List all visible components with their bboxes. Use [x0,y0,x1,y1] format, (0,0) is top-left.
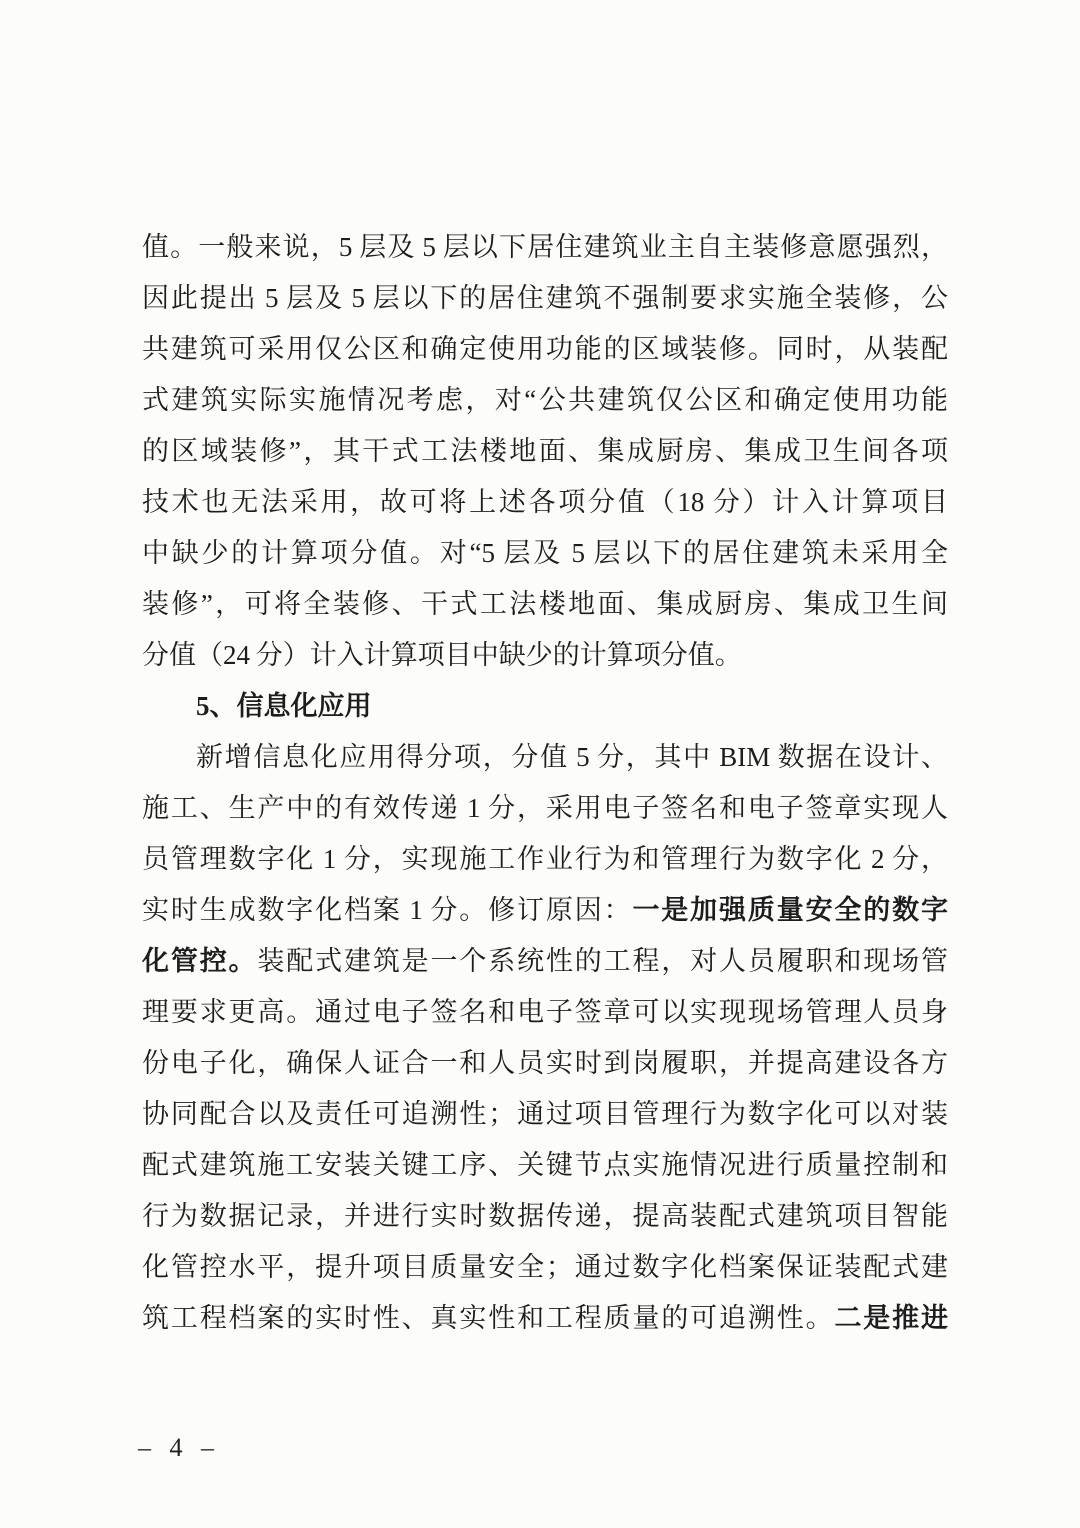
text-line: 因此提出 5 层及 5 层以下的居住建筑不强制要求实施全装修，公 [142,273,948,324]
text-line: 施工、生产中的有效传递 1 分，采用电子签名和电子签章实现人 [142,783,948,834]
text-line: 装修”，可将全装修、干式工法楼地面、集成厨房、集成卫生间 [142,579,948,630]
emphasized-text-run: 5、信息化应用 [196,691,372,721]
text-run: 分值（24 分）计入计算项目中缺少的计算项分值。 [142,640,742,670]
text-run: 中缺少的计算项分值。对“5 层及 5 层以下的居住建筑未采用全 [142,538,948,568]
text-run: 技术也无法采用，故可将上述各项分值（18 分）计入计算项目 [142,487,948,517]
text-run: 实时生成数字化档案 1 分。修订原因： [142,895,632,925]
text-run: 筑工程档案的实时性、真实性和工程质量的可追溯性。 [142,1303,834,1333]
text-line: 配式建筑施工安装关键工序、关键节点实施情况进行质量控制和 [142,1140,948,1191]
text-line: 员管理数字化 1 分，实现施工作业行为和管理行为数字化 2 分， [142,834,948,885]
text-run: 理要求更高。通过电子签名和电子签章可以实现现场管理人员身 [142,997,948,1027]
text-line: 化管控。装配式建筑是一个系统性的工程，对人员履职和现场管 [142,936,948,987]
text-line: 筑工程档案的实时性、真实性和工程质量的可追溯性。二是推进 [142,1293,948,1344]
text-run: 化管控水平，提升项目质量安全；通过数字化档案保证装配式建 [142,1252,948,1282]
para-decoration-scoring: 值。一般来说，5 层及 5 层以下居住建筑业主自主装修意愿强烈，因此提出 5 层… [142,222,948,681]
emphasized-text-run: 一是加强质量安全的数字 [632,895,948,925]
text-run: 因此提出 5 层及 5 层以下的居住建筑不强制要求实施全装修，公 [142,283,948,313]
text-run: 份电子化，确保人证合一和人员实时到岗履职，并提高建设各方 [142,1048,948,1078]
text-run: 配式建筑施工安装关键工序、关键节点实施情况进行质量控制和 [142,1150,948,1180]
text-run: 装配式建筑是一个系统性的工程，对人员履职和现场管 [257,946,948,976]
text-line: 值。一般来说，5 层及 5 层以下居住建筑业主自主装修意愿强烈， [142,222,948,273]
text-line: 分值（24 分）计入计算项目中缺少的计算项分值。 [142,630,948,681]
text-line: 共建筑可采用仅公区和确定使用功能的区域装修。同时，从装配 [142,324,948,375]
text-run: 共建筑可采用仅公区和确定使用功能的区域装修。同时，从装配 [142,334,948,364]
text-run: 协同配合以及责任可追溯性；通过项目管理行为数字化可以对装 [142,1099,948,1129]
text-line: 行为数据记录，并进行实时数据传递，提高装配式建筑项目智能 [142,1191,948,1242]
text-line: 协同配合以及责任可追溯性；通过项目管理行为数字化可以对装 [142,1089,948,1140]
text-run: 行为数据记录，并进行实时数据传递，提高装配式建筑项目智能 [142,1201,948,1231]
text-line: 5、信息化应用 [142,681,948,732]
page-number: – 4 – [138,1432,220,1464]
text-line: 技术也无法采用，故可将上述各项分值（18 分）计入计算项目 [142,477,948,528]
document-page: 值。一般来说，5 层及 5 层以下居住建筑业主自主装修意愿强烈，因此提出 5 层… [0,0,1080,1528]
text-run: 施工、生产中的有效传递 1 分，采用电子签名和电子签章实现人 [142,793,948,823]
text-line: 理要求更高。通过电子签名和电子签章可以实现现场管理人员身 [142,987,948,1038]
text-run: 式建筑实际实施情况考虑，对“公共建筑仅公区和确定使用功能 [142,385,948,415]
text-line: 实时生成数字化档案 1 分。修订原因：一是加强质量安全的数字 [142,885,948,936]
para-informatization-detail: 新增信息化应用得分项，分值 5 分，其中 BIM 数据在设计、施工、生产中的有效… [142,732,948,1344]
emphasized-text-run: 二是推进 [834,1303,948,1333]
text-line: 中缺少的计算项分值。对“5 层及 5 层以下的居住建筑未采用全 [142,528,948,579]
text-run: 的区域装修”，其干式工法楼地面、集成厨房、集成卫生间各项 [142,436,948,466]
text-run: 新增信息化应用得分项，分值 5 分，其中 BIM 数据在设计、 [196,742,948,772]
text-line: 式建筑实际实施情况考虑，对“公共建筑仅公区和确定使用功能 [142,375,948,426]
text-run: 值。一般来说，5 层及 5 层以下居住建筑业主自主装修意愿强烈， [142,232,948,262]
heading-informatization: 5、信息化应用 [142,681,948,732]
emphasized-text-run: 化管控。 [142,946,257,976]
text-line: 新增信息化应用得分项，分值 5 分，其中 BIM 数据在设计、 [142,732,948,783]
text-run: 员管理数字化 1 分，实现施工作业行为和管理行为数字化 2 分， [142,844,948,874]
text-line: 化管控水平，提升项目质量安全；通过数字化档案保证装配式建 [142,1242,948,1293]
text-run: 装修”，可将全装修、干式工法楼地面、集成厨房、集成卫生间 [142,589,948,619]
text-line: 份电子化，确保人证合一和人员实时到岗履职，并提高建设各方 [142,1038,948,1089]
text-line: 的区域装修”，其干式工法楼地面、集成厨房、集成卫生间各项 [142,426,948,477]
document-body: 值。一般来说，5 层及 5 层以下居住建筑业主自主装修意愿强烈，因此提出 5 层… [142,222,948,1344]
